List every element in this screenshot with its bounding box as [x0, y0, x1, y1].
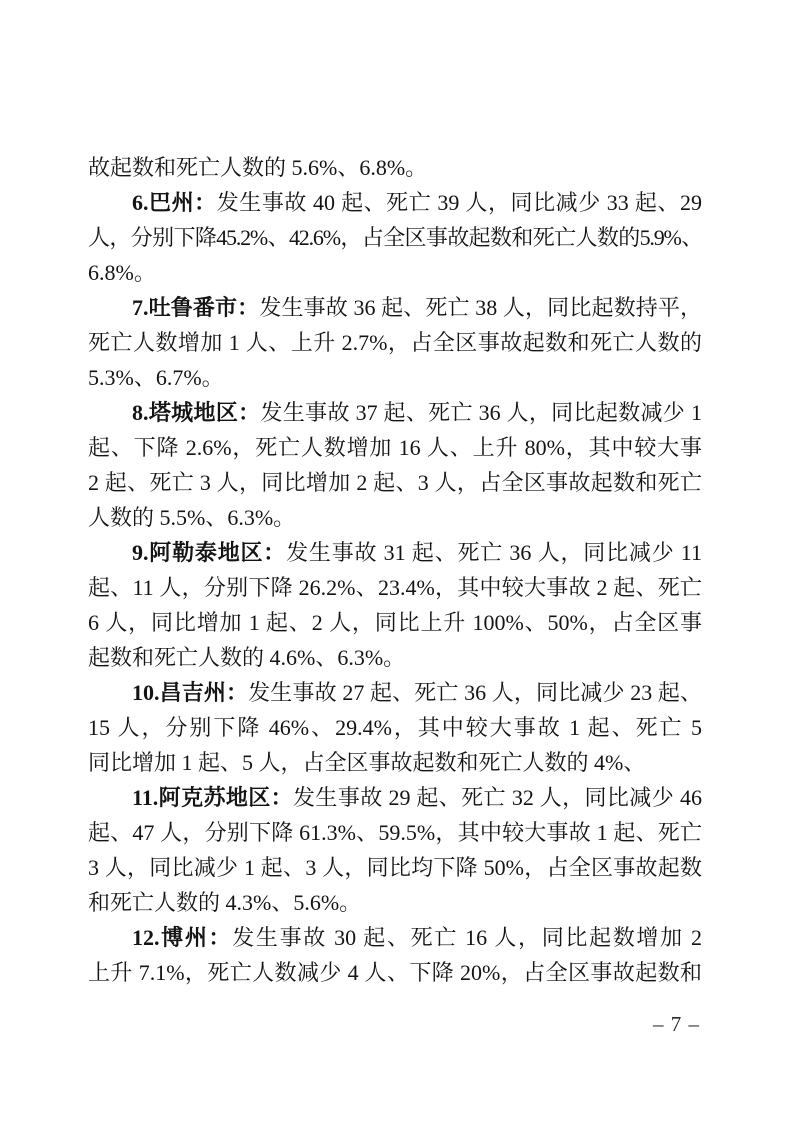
text-line: 5.3%、6.7%。: [88, 360, 702, 395]
paragraph-heading: 9.阿勒泰地区：: [132, 540, 286, 565]
text-line: 故起数和死亡人数的 5.6%、6.8%。: [88, 150, 702, 185]
text-line: 起、47 人，分别下降 61.3%、59.5%，其中较大事故 1 起、死亡: [88, 815, 702, 850]
text-line: 6.8%。: [88, 255, 702, 290]
paragraph-heading: 11.阿克苏地区：: [132, 785, 293, 810]
text-line: 和死亡人数的 4.3%、5.6%。: [88, 885, 702, 920]
text-line: 10.昌吉州：发生事故 27 起、死亡 36 人，同比减少 23 起、: [88, 675, 702, 710]
text-line: 起、11 人，分别下降 26.2%、23.4%，其中较大事故 2 起、死亡: [88, 570, 702, 605]
document-page: 故起数和死亡人数的 5.6%、6.8%。6.巴州：发生事故 40 起、死亡 39…: [0, 0, 793, 1122]
text-line: 死亡人数增加 1 人、上升 2.7%，占全区事故起数和死亡人数的: [88, 325, 702, 360]
document-body: 故起数和死亡人数的 5.6%、6.8%。6.巴州：发生事故 40 起、死亡 39…: [88, 150, 702, 990]
text-line: 3 人，同比减少 1 起、3 人，同比均下降 50%，占全区事故起数: [88, 850, 702, 885]
text-line: 12.博州：发生事故 30 起、死亡 16 人，同比起数增加 2 起、: [88, 920, 702, 955]
text-line: 6.巴州：发生事故 40 起、死亡 39 人，同比减少 33 起、29: [88, 185, 702, 220]
paragraph-heading: 12.博州：: [132, 925, 232, 950]
page-footer: – 7 –: [88, 1012, 708, 1036]
text-line: 8.塔城地区：发生事故 37 起、死亡 36 人，同比起数减少 1: [88, 395, 702, 430]
paragraph-heading: 8.塔城地区：: [132, 400, 261, 425]
text-line: 起、下降 2.6%，死亡人数增加 16 人、上升 80%，其中较大事故: [88, 430, 702, 465]
text-line: 6 人，同比增加 1 起、2 人，同比上升 100%、50%，占全区事故: [88, 605, 702, 640]
text-line: 人数的 5.5%、6.3%。: [88, 500, 702, 535]
text-line: 7.吐鲁番市：发生事故 36 起、死亡 38 人，同比起数持平，: [88, 290, 702, 325]
text-line: 人，分别下降45.2%、42.6%，占全区事故起数和死亡人数的5.9%、: [88, 220, 702, 255]
paragraph-heading: 6.巴州：: [132, 190, 217, 215]
text-line: 上升 7.1%，死亡人数减少 4 人、下降 20%，占全区事故起数和: [88, 955, 702, 990]
text-line: 11.阿克苏地区：发生事故 29 起、死亡 32 人，同比减少 46: [88, 780, 702, 815]
page-number: – 7 –: [653, 1012, 700, 1036]
text-line: 9.阿勒泰地区：发生事故 31 起、死亡 36 人，同比减少 11: [88, 535, 702, 570]
text-line: 15 人，分别下降 46%、29.4%，其中较大事故 1 起、死亡 5 人，: [88, 710, 702, 745]
paragraph-heading: 10.昌吉州：: [132, 680, 248, 705]
text-line: 同比增加 1 起、5 人，占全区事故起数和死亡人数的 4%、6.3%。: [88, 745, 702, 780]
text-line: 起数和死亡人数的 4.6%、6.3%。: [88, 640, 702, 675]
paragraph-heading: 7.吐鲁番市：: [132, 295, 259, 320]
text-line: 2 起、死亡 3 人，同比增加 2 起、3 人，占全区事故起数和死亡: [88, 465, 702, 500]
